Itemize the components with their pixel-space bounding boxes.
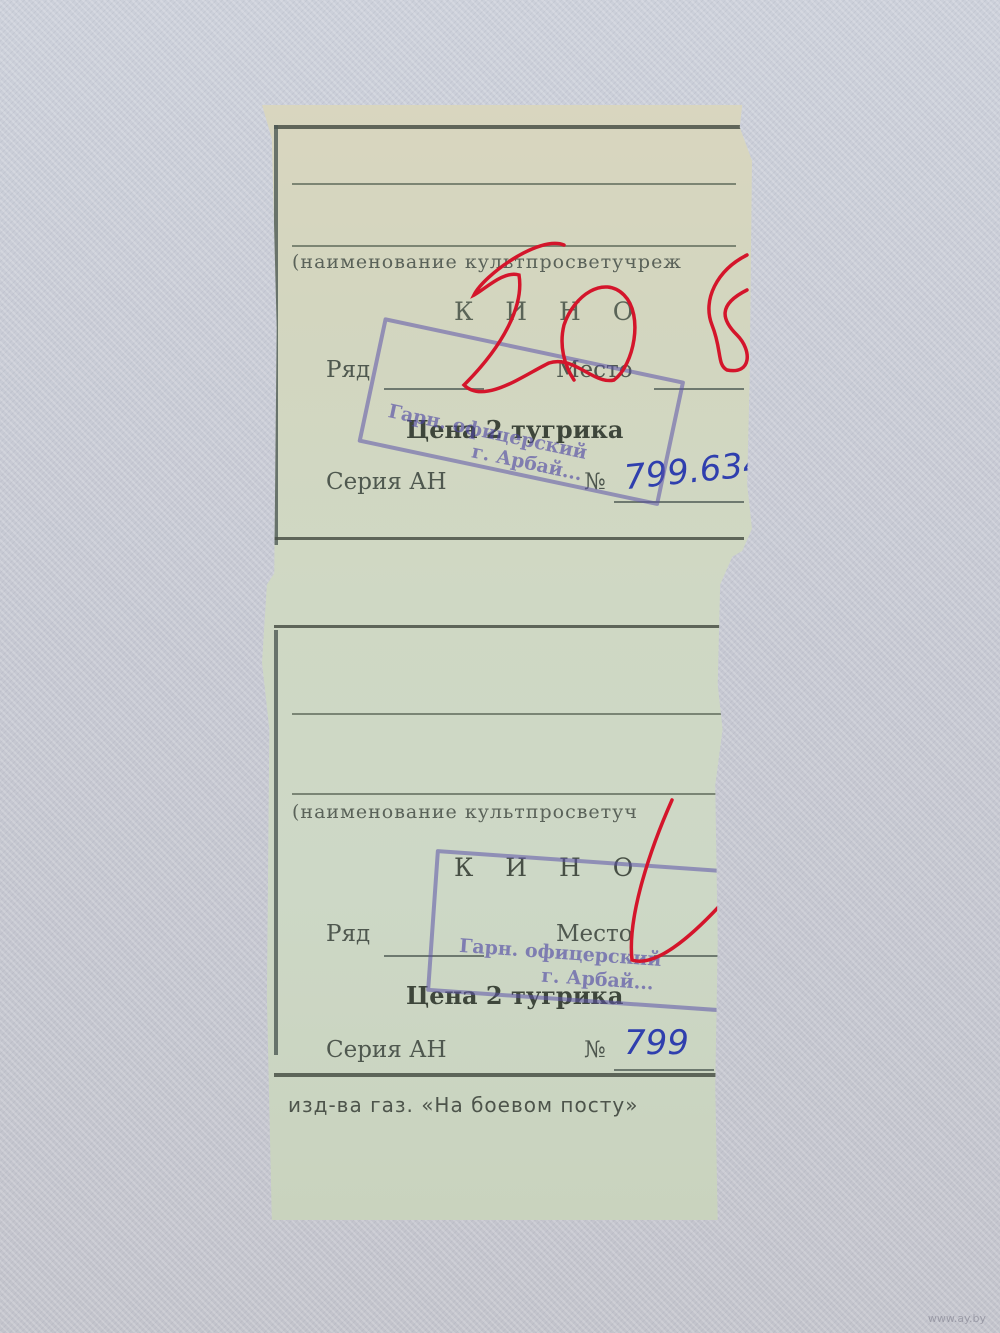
row-label: Ряд xyxy=(326,921,370,947)
left-border xyxy=(274,630,278,1055)
cinema-ticket: (наименование культпросветучреж К И Н О … xyxy=(262,105,752,1220)
red-handwritten-6 xyxy=(612,795,742,975)
number-field-line xyxy=(614,1069,714,1071)
handwritten-number: 799 xyxy=(624,1023,689,1063)
stub-divider xyxy=(274,537,744,540)
row-label: Ряд xyxy=(326,357,370,383)
top-border xyxy=(274,625,744,628)
blank-line xyxy=(292,183,736,185)
red-handwritten-2 xyxy=(444,235,654,435)
number-field-line xyxy=(614,501,744,503)
publisher-footer: изд-ва газ. «На боевом посту» xyxy=(288,1093,638,1117)
red-handwritten-8 xyxy=(692,250,762,380)
number-label: № xyxy=(584,1037,606,1063)
blank-line xyxy=(292,713,736,715)
series-label: Серия АН xyxy=(326,1037,447,1063)
ticket-stub-upper: (наименование культпросветучреж К И Н О … xyxy=(274,105,744,545)
stub-bottom-border xyxy=(274,1073,744,1077)
left-border xyxy=(274,125,278,545)
series-label: Серия АН xyxy=(326,469,447,495)
watermark: www.ay.by xyxy=(928,1312,986,1325)
ticket-stub-lower: (наименование культпросветуч К И Н О Ряд… xyxy=(274,625,744,1065)
top-border xyxy=(274,125,744,129)
